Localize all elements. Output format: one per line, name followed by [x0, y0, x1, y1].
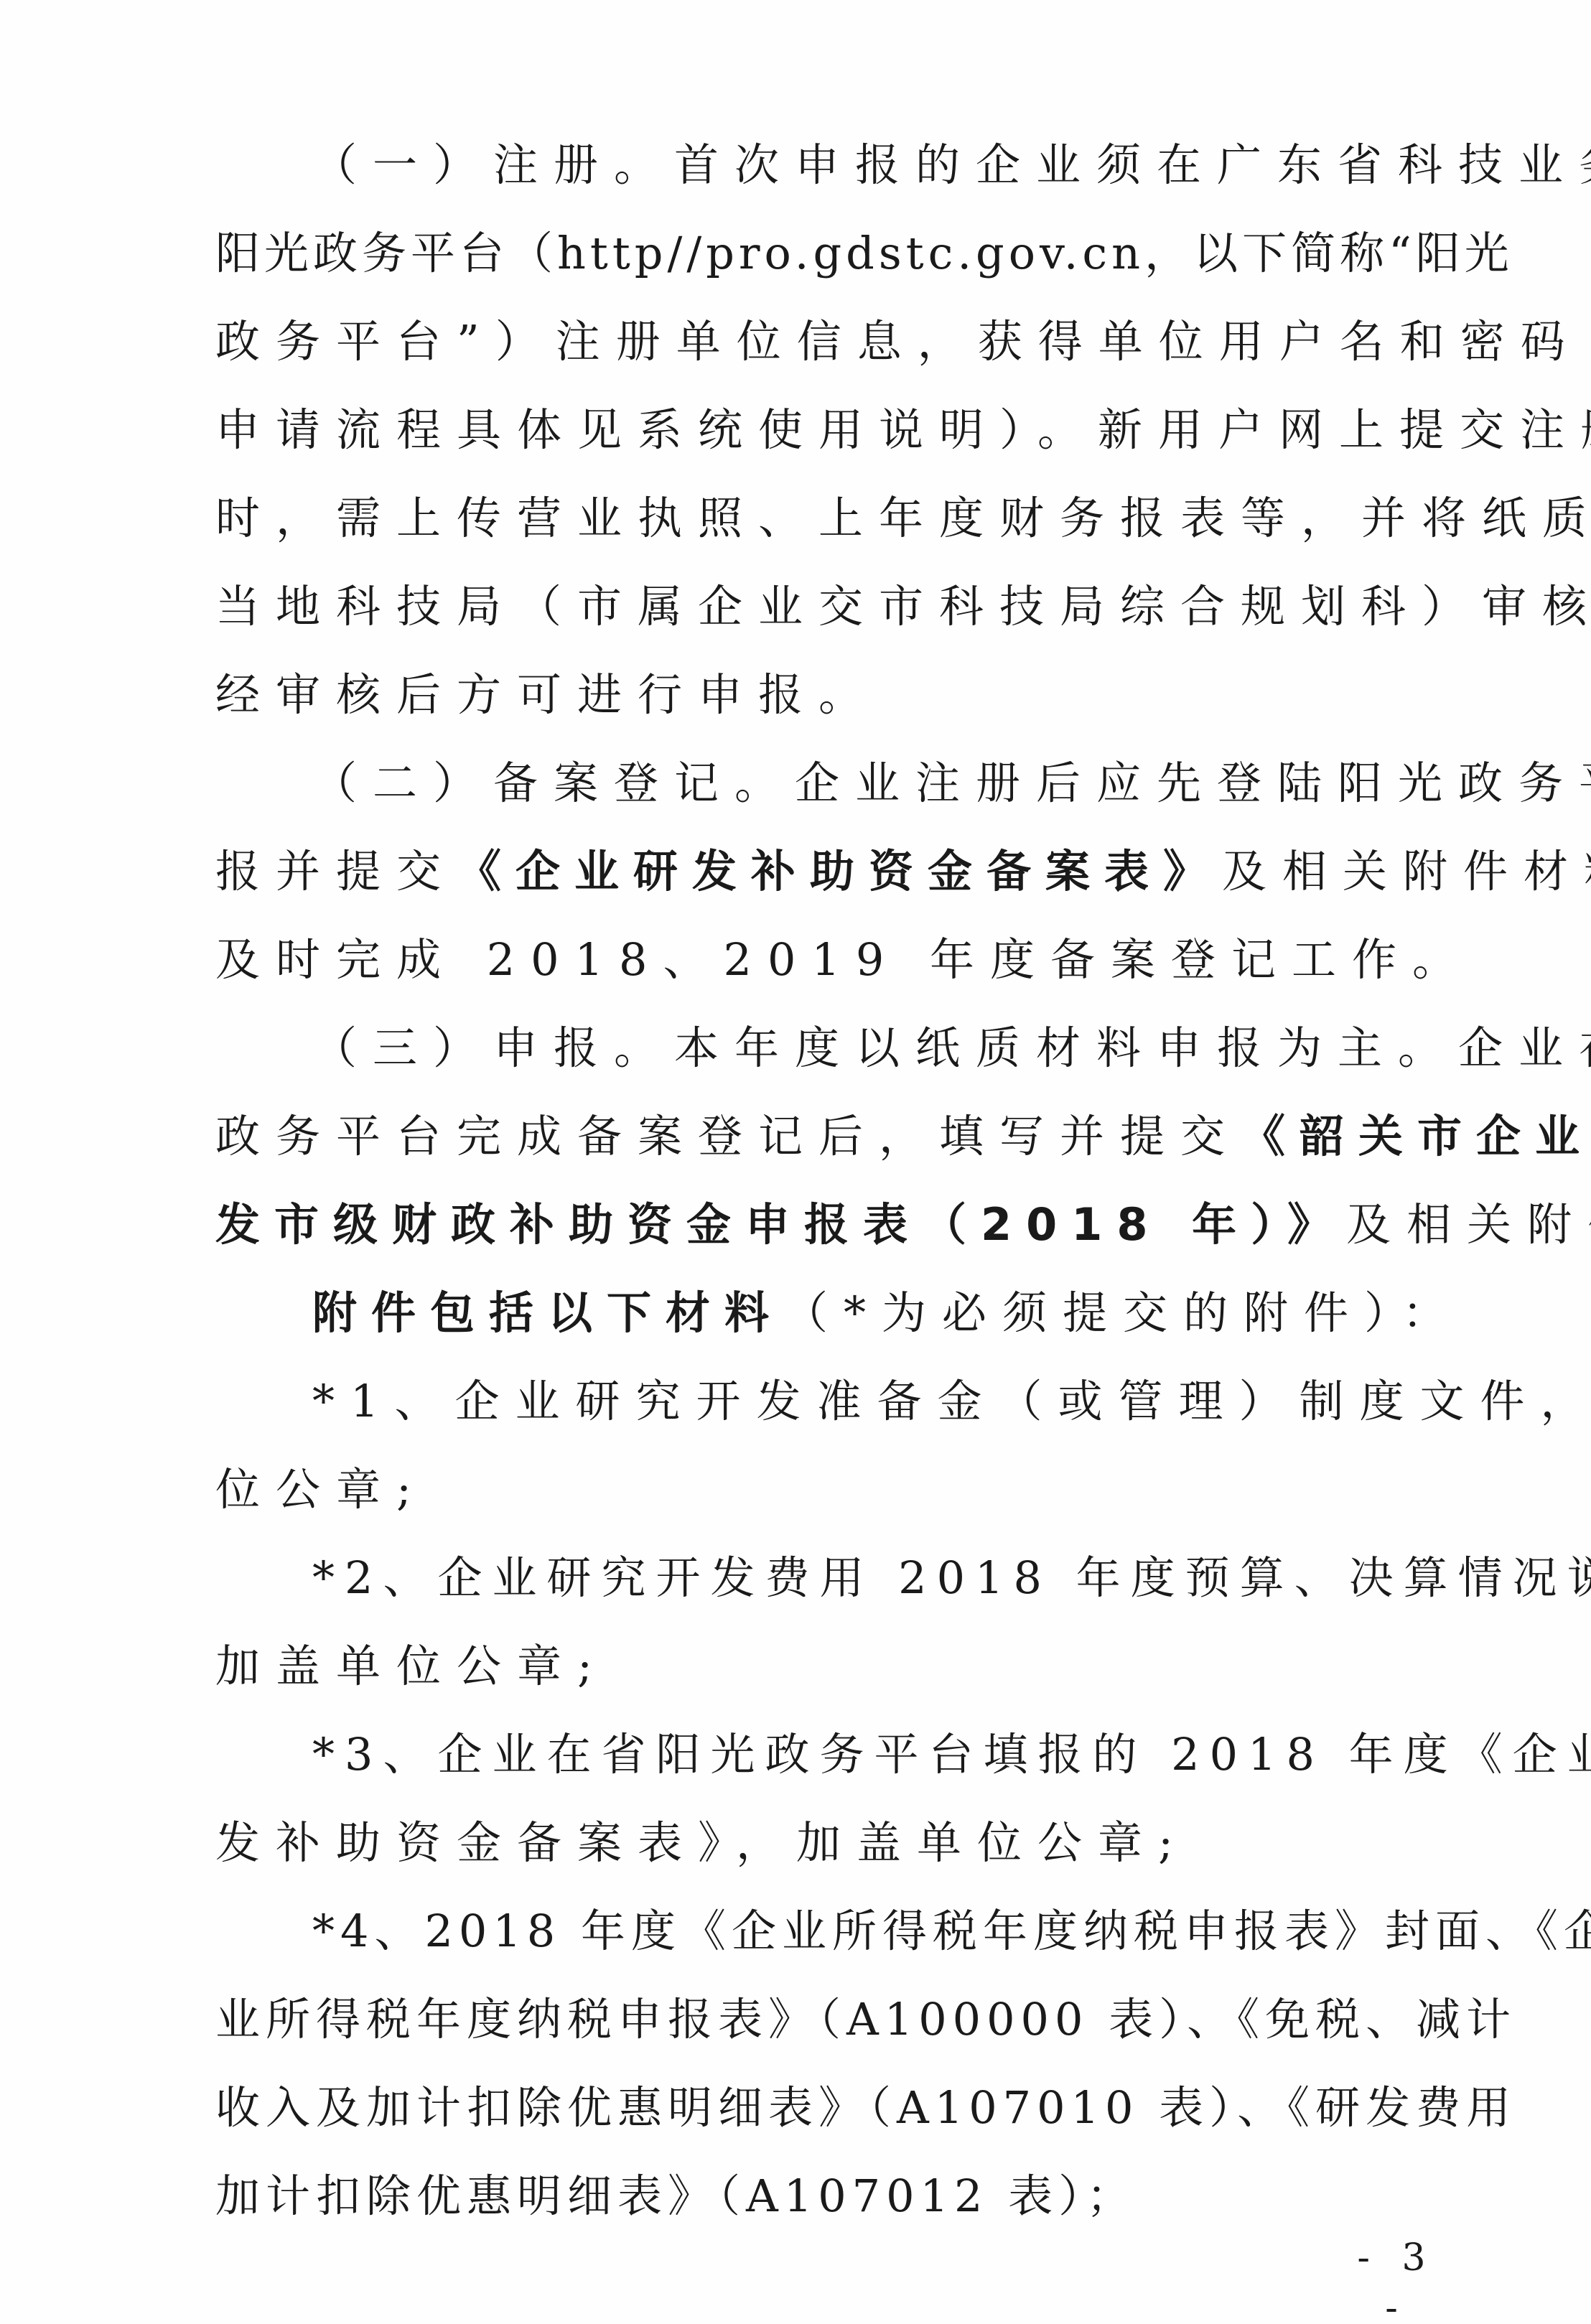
- form-title-bold: 发市级财政补助资金申报表（2018 年）》: [215, 1198, 1346, 1251]
- text-segment: 报并提交: [215, 845, 457, 897]
- form-title-bold: 《企业研发补助资金备案表》: [457, 845, 1222, 897]
- text-line: *2、企业研究开发费用 2018 年度预算、决算情况说明，: [215, 1534, 1445, 1622]
- text-line: 当地科技局（市属企业交市科技局综合规划科）审核备案，: [215, 562, 1445, 650]
- paragraph-attachments-intro: 附件包括以下材料（*为必须提交的附件）：: [215, 1269, 1445, 1357]
- text-line: 发补助资金备案表》，加盖单位公章;: [215, 1798, 1445, 1887]
- text-line: 经审核后方可进行申报。: [215, 650, 1445, 739]
- text-line: 收入及加计扣除优惠明细表》（A107010 表）、《研发费用: [215, 2063, 1445, 2152]
- text-line: 加盖单位公章;: [215, 1622, 1445, 1710]
- text-line: 阳光政务平台（http//pro.gdstc.gov.cn，以下简称“阳光: [215, 209, 1445, 297]
- text-line: （三）申报。本年度以纸质材料申报为主。企业在阳光: [215, 1004, 1445, 1092]
- text-line: 附件包括以下材料（*为必须提交的附件）：: [215, 1269, 1445, 1357]
- text-line: 及时完成 2018、2019 年度备案登记工作。: [215, 915, 1445, 1004]
- text-line: *3、企业在省阳光政务平台填报的 2018 年度《企业研: [215, 1710, 1445, 1798]
- text-line: 业所得税年度纳税申报表》（A100000 表）、《免税、减计: [215, 1975, 1445, 2063]
- text-segment: （*为必须提交的附件）：: [783, 1287, 1462, 1339]
- text-line: 发市级财政补助资金申报表（2018 年）》及相关附件材料。: [215, 1180, 1445, 1269]
- text-line: 政务平台”）注册单位信息，获得单位用户名和密码（网上: [215, 297, 1445, 386]
- text-segment: 及相关附件材料，并: [1222, 845, 1591, 897]
- page-number: - 3 -: [1335, 2233, 1457, 2283]
- text-line: 时，需上传营业执照、上年度财务报表等，并将纸质材料交: [215, 474, 1445, 562]
- document-page: （一）注册。首次申报的企业须在广东省科技业务管理 阳光政务平台（http//pr…: [0, 0, 1591, 2324]
- text-line: 申请流程具体见系统使用说明）。新用户网上提交注册信息: [215, 386, 1445, 474]
- text-segment: 及相关附件材料。: [1346, 1198, 1591, 1251]
- text-line: *4、2018 年度《企业所得税年度纳税申报表》封面、《企: [215, 1887, 1445, 1975]
- text-line: 报并提交《企业研发补助资金备案表》及相关附件材料，并: [215, 827, 1445, 915]
- attachment-item-2: *2、企业研究开发费用 2018 年度预算、决算情况说明， 加盖单位公章;: [215, 1534, 1445, 1710]
- text-line: 政务平台完成备案登记后，填写并提交《韶关市企业研究开: [215, 1092, 1445, 1180]
- paragraph-application: （三）申报。本年度以纸质材料申报为主。企业在阳光 政务平台完成备案登记后，填写并…: [215, 1004, 1445, 1269]
- text-line: （二）备案登记。企业注册后应先登陆阳光政务平台填: [215, 739, 1445, 827]
- document-body: （一）注册。首次申报的企业须在广东省科技业务管理 阳光政务平台（http//pr…: [215, 121, 1445, 2240]
- text-line: （一）注册。首次申报的企业须在广东省科技业务管理: [215, 121, 1445, 209]
- text-line: 位公章;: [215, 1445, 1445, 1534]
- attachment-item-1: *1、企业研究开发准备金（或管理）制度文件，加盖单 位公章;: [215, 1357, 1445, 1534]
- paragraph-registration: （一）注册。首次申报的企业须在广东省科技业务管理 阳光政务平台（http//pr…: [215, 121, 1445, 739]
- paragraph-filing: （二）备案登记。企业注册后应先登陆阳光政务平台填 报并提交《企业研发补助资金备案…: [215, 739, 1445, 1004]
- form-title-bold: 《韶关市企业研究开: [1241, 1110, 1591, 1162]
- text-line: 加计扣除优惠明细表》（A107012 表）；: [215, 2152, 1445, 2240]
- attachment-item-4: *4、2018 年度《企业所得税年度纳税申报表》封面、《企 业所得税年度纳税申报…: [215, 1887, 1445, 2240]
- attachments-heading-bold: 附件包括以下材料: [312, 1287, 783, 1339]
- text-line: *1、企业研究开发准备金（或管理）制度文件，加盖单: [215, 1357, 1445, 1445]
- attachment-item-3: *3、企业在省阳光政务平台填报的 2018 年度《企业研 发补助资金备案表》，加…: [215, 1710, 1445, 1887]
- text-segment: 政务平台完成备案登记后，填写并提交: [215, 1110, 1241, 1162]
